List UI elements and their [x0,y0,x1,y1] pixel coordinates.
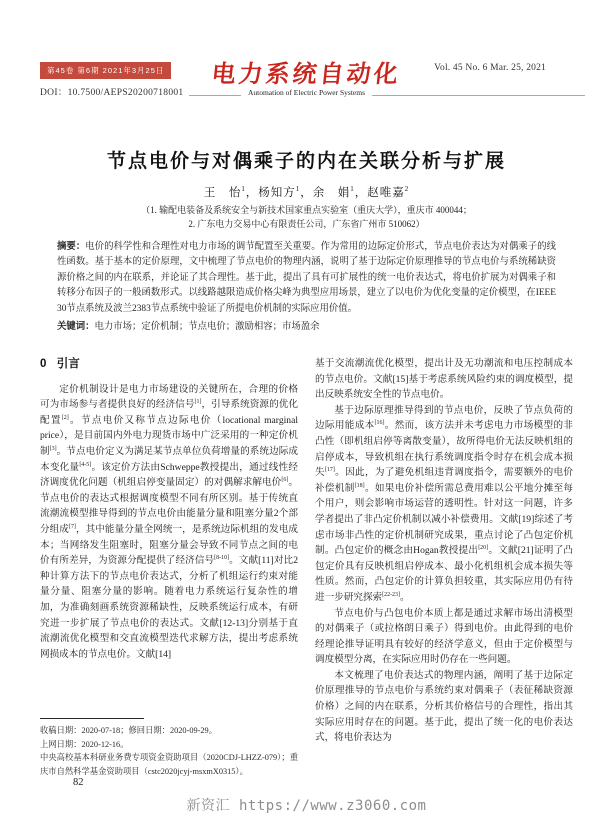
page-title: 节点电价与对偶乘子的内在关联分析与扩展 [0,146,613,173]
watermark-text: 新资汇 https://www.z3060.com [0,795,613,815]
journal-name-en-text: Automation of Electric Power Systems [241,88,372,97]
abstract-paragraph: 摘要：电价的科学性和合理性对电力市场的调节配置至关重要。作为常用的边际定价形式，… [57,238,556,317]
text-line: 上网日期：2020-12-16。 [40,738,298,751]
text-line: 中央高校基本科研业务费专项资金资助项目（2020CDJ-LHZZ-079）；重庆… [40,751,298,778]
left-column-text: 定价机制设计是电力市场建设的关键所在，合理的价格可为市场参与者提供良好的经济信号… [40,382,298,663]
body-paragraph: 定价机制设计是电力市场建设的关键所在，合理的价格可为市场参与者提供良好的经济信号… [40,382,298,663]
abstract-label: 摘要： [57,240,85,251]
authors-line: 王 怡1，杨知方1，余 娟1，赵唯嘉2 [0,184,613,200]
body-paragraph: 节点电价与凸包电价本质上都是通过求解市场出清模型的对偶乘子（或拉格朗日乘子）得到… [315,606,573,668]
text-line: 收稿日期：2020-07-18；修回日期：2020-09-29。 [40,724,298,737]
footnote-block: 收稿日期：2020-07-18；修回日期：2020-09-29。上网日期：202… [40,718,298,778]
keywords-paragraph: 关键词：电力市场；定价机制；节点电价；激励相容；市场盈余 [57,318,556,335]
paper-page: 第45卷 第6期 2021年3月25日 DOI：10.7500/AEPS2020… [0,0,613,825]
footnote-lines: 收稿日期：2020-07-18；修回日期：2020-09-29。上网日期：202… [40,724,298,778]
volume-info: Vol. 45 No. 6 Mar. 25, 2021 [434,63,546,73]
keywords-text: 电力市场；定价机制；节点电价；激励相容；市场盈余 [95,322,320,332]
journal-name-en: Automation of Electric Power Systems [0,88,613,97]
section-heading: 0引言 [40,357,298,373]
body-columns: 0引言 定价机制设计是电力市场建设的关键所在，合理的价格可为市场参与者提供良好的… [40,356,573,780]
text-line: 2. 广东电力交易中心有限责任公司，广东省广州市 510062） [0,218,613,232]
right-column: 基于交流潮流优化模型，提出计及无功潮流和电压控制成本的节点电价。文献[15]基于… [315,356,573,780]
body-paragraph: 本文梳理了电价表达式的物理内涵，阐明了基于边际定价原理推导的节点电价与系统约束对… [315,668,573,746]
body-paragraph: 基于交流潮流优化模型，提出计及无功潮流和电压控制成本的节点电价。文献[15]基于… [315,356,573,403]
left-column: 0引言 定价机制设计是电力市场建设的关键所在，合理的价格可为市场参与者提供良好的… [40,356,298,780]
section-title: 引言 [57,358,80,370]
right-column-text: 基于交流潮流优化模型，提出计及无功潮流和电压控制成本的节点电价。文献[15]基于… [315,356,573,746]
affiliations: （1. 输配电装备及系统安全与新技术国家重点实验室（重庆大学），重庆市 4000… [0,204,613,231]
abstract-block: 摘要：电价的科学性和合理性对电力市场的调节配置至关重要。作为常用的边际定价形式，… [57,238,556,335]
keywords-label: 关键词： [57,320,95,331]
text-line: （1. 输配电装备及系统安全与新技术国家重点实验室（重庆大学），重庆市 4000… [0,204,613,218]
footnote-rule [40,718,144,719]
body-paragraph: 基于边际原理推导得到的节点电价，反映了节点负荷的边际用能成本[16]。然而，该方… [315,403,573,606]
abstract-text: 电价的科学性和合理性对电力市场的调节配置至关重要。作为常用的边际定价形式，节点电… [57,242,556,314]
page-number: 82 [73,777,84,788]
section-number: 0 [40,358,46,370]
